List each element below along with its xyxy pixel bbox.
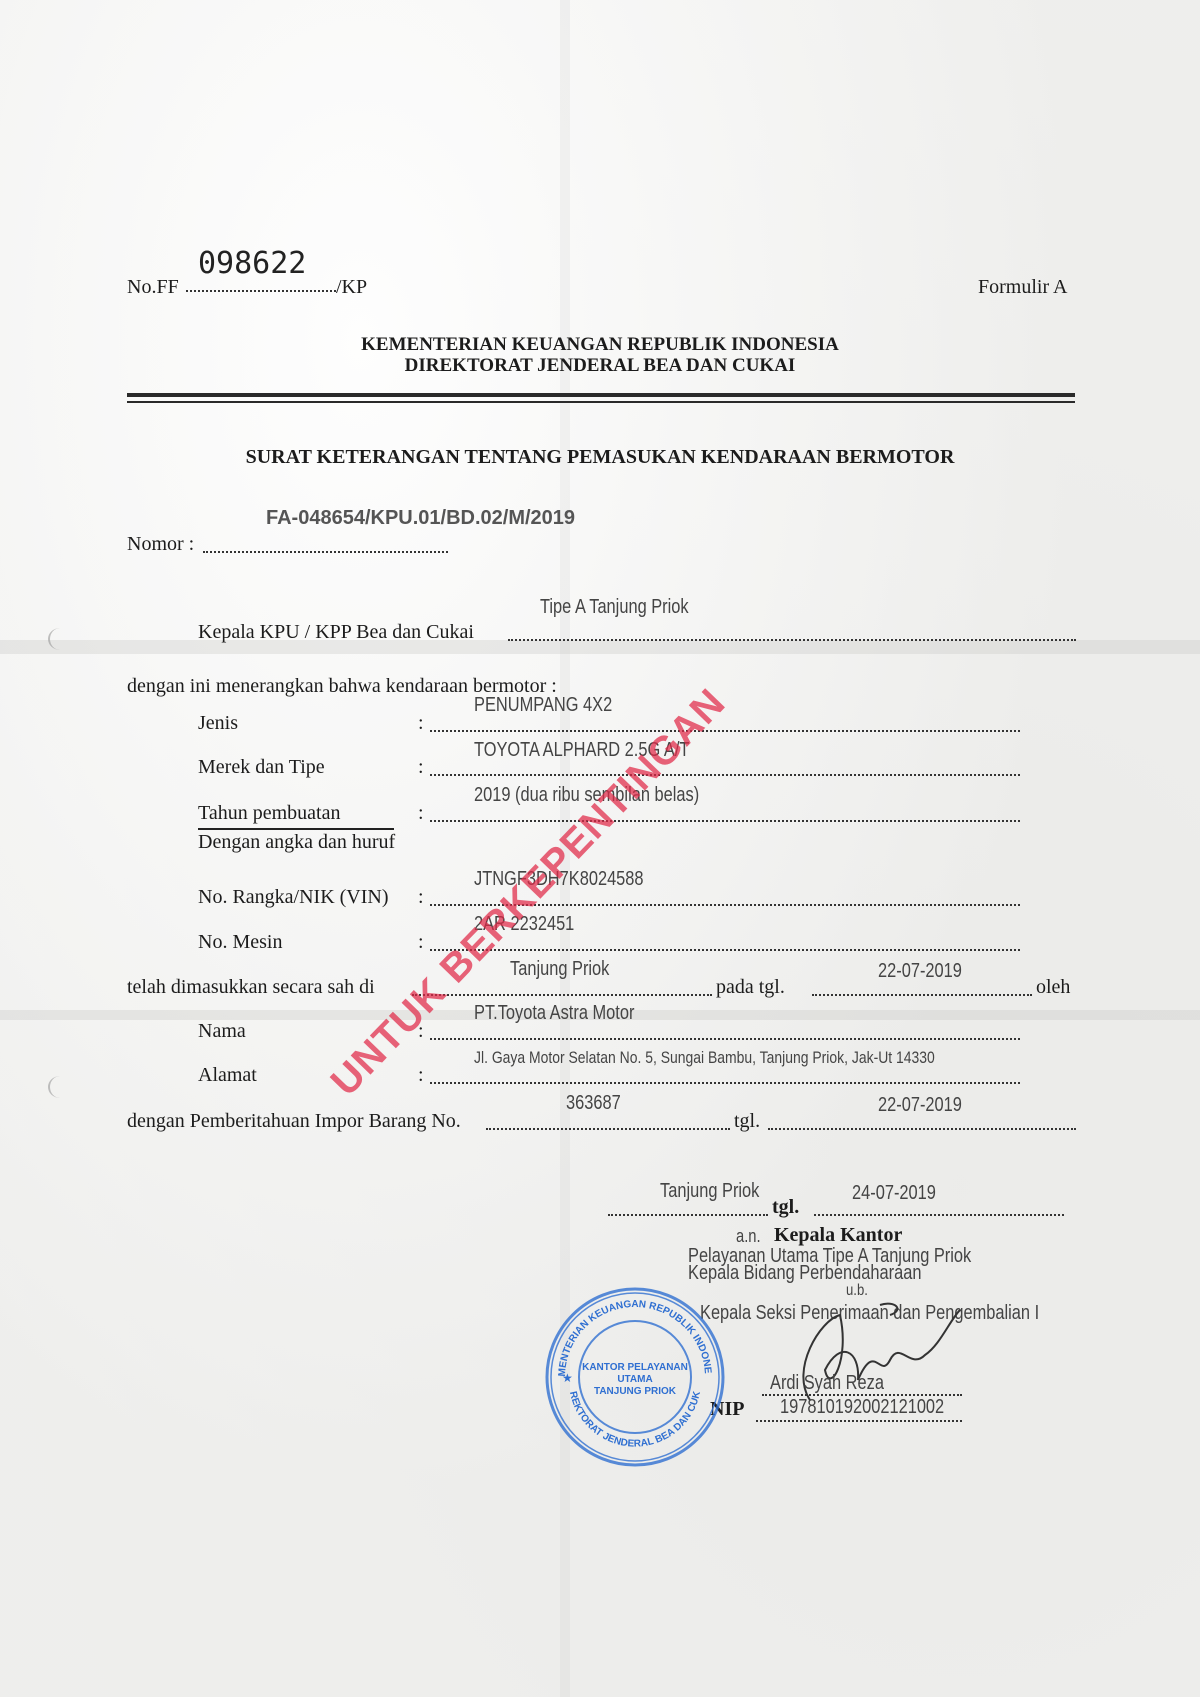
year-sublabel: Dengan angka dan huruf: [198, 831, 395, 854]
entry-date-value: 22-07-2019: [878, 960, 962, 983]
signatory-name: Ardi Syah Reza: [770, 1372, 884, 1395]
entry-by-label: oleh: [1036, 976, 1070, 999]
importer-name-label: Nama: [198, 1020, 246, 1043]
form-type: Formulir A: [978, 276, 1067, 299]
nomor-dots: [203, 551, 448, 553]
pib-date-label: tgl.: [734, 1110, 760, 1133]
sign-place: Tanjung Priok: [660, 1180, 759, 1203]
pib-label: dengan Pemberitahuan Impor Barang No.: [127, 1110, 461, 1133]
svg-text:KANTOR PELAYANAN: KANTOR PELAYANAN: [582, 1362, 688, 1373]
pib-date-value: 22-07-2019: [878, 1094, 962, 1117]
document-title: SURAT KETERANGAN TENTANG PEMASUKAN KENDA…: [0, 446, 1200, 469]
entry-label: telah dimasukkan secara sah di: [127, 976, 375, 999]
document-page: No.FF 098622 /KP Formulir A KEMENTERIAN …: [0, 0, 1200, 1697]
directorate-heading: DIREKTORAT JENDERAL BEA DAN CUKAI: [0, 355, 1200, 377]
header-rule-thick: [127, 393, 1075, 397]
issuer-dots: [508, 639, 1076, 641]
importer-name-value: PT.Toyota Astra Motor: [474, 1002, 634, 1025]
punch-hole-mark: [48, 628, 72, 650]
engine-number-label: No. Mesin: [198, 931, 282, 954]
vehicle-type-value: PENUMPANG 4X2: [474, 694, 612, 717]
sign-date: 24-07-2019: [852, 1182, 936, 1205]
svg-text:TANJUNG PRIOK: TANJUNG PRIOK: [594, 1386, 677, 1397]
svg-text:★: ★: [562, 1371, 573, 1385]
vehicle-type-label: Jenis: [198, 712, 238, 735]
form-number-suffix: /KP: [336, 276, 367, 299]
punch-hole-mark: [48, 1076, 72, 1098]
entry-date-label: pada tgl.: [716, 976, 785, 999]
issuer-label: Kepala KPU / KPP Bea dan Cukai: [198, 621, 474, 644]
nomor-value: FA-048654/KPU.01/BD.02/M/2019: [266, 507, 575, 530]
official-stamp: KEMENTERIAN KEUANGAN REPUBLIK INDONESIA …: [540, 1282, 730, 1472]
nomor-label: Nomor :: [127, 533, 194, 556]
sign-title: Kepala Kantor: [774, 1224, 902, 1247]
form-number-dots: [186, 290, 336, 292]
importer-address-value: Jl. Gaya Motor Selatan No. 5, Sungai Bam…: [474, 1048, 935, 1068]
importer-address-label: Alamat: [198, 1064, 257, 1087]
form-number-value: 098622: [198, 246, 306, 281]
paper-crease: [0, 640, 1200, 654]
sign-date-label: tgl.: [772, 1196, 799, 1219]
ministry-heading: KEMENTERIAN KEUANGAN REPUBLIK INDONESIA: [0, 334, 1200, 356]
sign-an-prefix: a.n.: [736, 1226, 761, 1247]
year-label: Tahun pembuatan: [198, 802, 340, 825]
issuer-value: Tipe A Tanjung Priok: [540, 596, 689, 619]
header-rule-thin: [127, 401, 1075, 403]
pib-number-value: 363687: [566, 1092, 621, 1115]
year-label-underline: [198, 828, 394, 830]
sign-ub: u.b.: [846, 1282, 868, 1300]
entry-place-value: Tanjung Priok: [510, 958, 609, 981]
vin-label: No. Rangka/NIK (VIN): [198, 886, 389, 909]
brand-type-label: Merek dan Tipe: [198, 756, 325, 779]
nip-value: 197810192002121002: [780, 1396, 944, 1419]
form-number-label: No.FF: [127, 276, 179, 299]
svg-text:UTAMA: UTAMA: [617, 1374, 652, 1385]
